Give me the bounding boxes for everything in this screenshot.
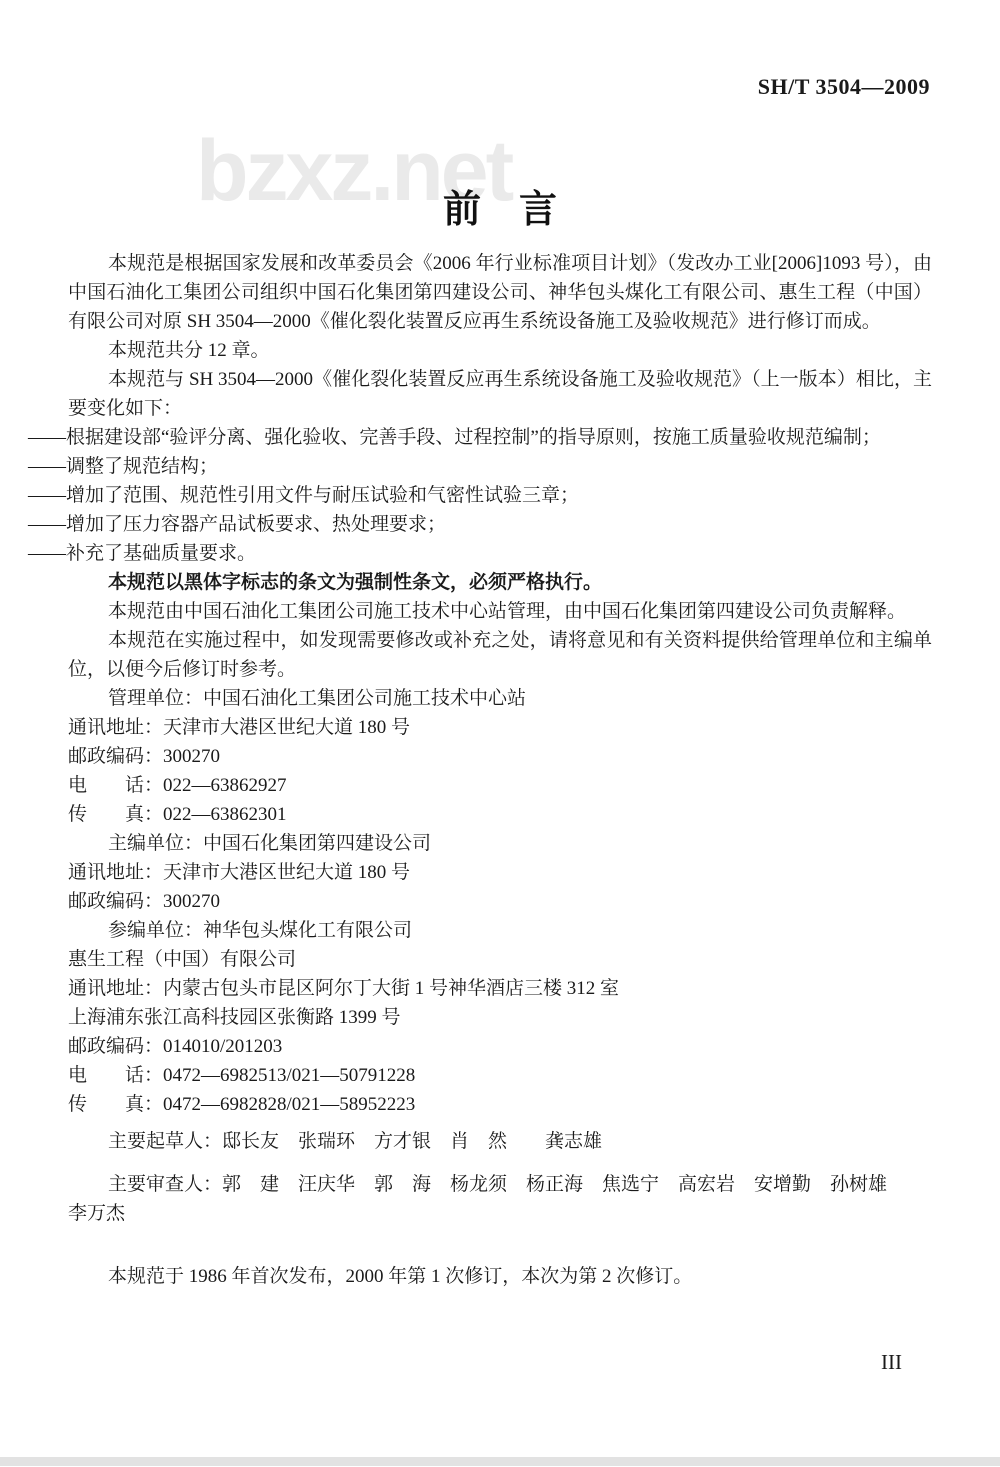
page-title: 前 言 bbox=[0, 178, 1000, 233]
reviewers-line: 主要审查人：郭 建 汪庆华 郭 海 杨龙须 杨正海 焦选宁 高宏岩 安增勤 孙树… bbox=[68, 1170, 932, 1199]
contact-postcode-line: 邮政编码：300270 bbox=[68, 742, 932, 771]
foreword-paragraph: 本规范与 SH 3504—2000《催化裂化装置反应再生系统设备施工及验收规范》… bbox=[68, 365, 932, 423]
contact-address-line: 通讯地址：天津市大港区世纪大道 180 号 bbox=[68, 713, 932, 742]
contact-postcode-line: 邮政编码：014010/201203 bbox=[68, 1032, 932, 1061]
document-page: SH/T 3504—2009 bzxz.net 前 言 本规范是根据国家发展和改… bbox=[0, 0, 1000, 1467]
mandatory-clause-note: 本规范以黑体字标志的条文为强制性条文，必须严格执行。 bbox=[68, 568, 932, 597]
contact-phone-line: 电 话：022—63862927 bbox=[68, 771, 932, 800]
reviewers-line-2: 李万杰 bbox=[68, 1199, 932, 1228]
managing-org-line: 管理单位：中国石油化工集团公司施工技术中心站 bbox=[68, 684, 932, 713]
page-number: III bbox=[881, 1350, 902, 1375]
standard-code: SH/T 3504—2009 bbox=[758, 74, 930, 100]
foreword-body: 本规范是根据国家发展和改革委员会《2006 年行业标准项目计划》（发改办工业[2… bbox=[68, 249, 932, 1291]
change-list-item: ——调整了规范结构； bbox=[68, 452, 932, 481]
contact-address-line: 通讯地址：内蒙古包头市昆区阿尔丁大街 1 号神华酒店三楼 312 室 bbox=[68, 974, 932, 1003]
change-list-item: ——根据建设部“验评分离、强化验收、完善手段、过程控制”的指导原则，按施工质量验… bbox=[68, 423, 932, 452]
foreword-paragraph: 本规范在实施过程中，如发现需要修改或补充之处，请将意见和有关资料提供给管理单位和… bbox=[68, 626, 932, 684]
change-list-item: ——增加了压力容器产品试板要求、热处理要求； bbox=[68, 510, 932, 539]
contact-fax-line: 传 真：022—63862301 bbox=[68, 800, 932, 829]
change-list-item: ——补充了基础质量要求。 bbox=[68, 539, 932, 568]
foreword-paragraph: 本规范是根据国家发展和改革委员会《2006 年行业标准项目计划》（发改办工业[2… bbox=[68, 249, 932, 336]
scan-artifact-strip bbox=[0, 1457, 1000, 1466]
contact-address-line-2: 上海浦东张江高科技园区张衡路 1399 号 bbox=[68, 1003, 932, 1032]
participating-org-line: 参编单位：神华包头煤化工有限公司 bbox=[68, 916, 932, 945]
chief-editor-org-line: 主编单位：中国石化集团第四建设公司 bbox=[68, 829, 932, 858]
contact-fax-line: 传 真：0472—6982828/021—58952223 bbox=[68, 1090, 932, 1119]
participating-org-line-2: 惠生工程（中国）有限公司 bbox=[68, 945, 932, 974]
foreword-paragraph: 本规范共分 12 章。 bbox=[68, 336, 932, 365]
foreword-paragraph: 本规范由中国石油化工集团公司施工技术中心站管理，由中国石化集团第四建设公司负责解… bbox=[68, 597, 932, 626]
contact-postcode-line: 邮政编码：300270 bbox=[68, 887, 932, 916]
revision-history-line: 本规范于 1986 年首次发布，2000 年第 1 次修订，本次为第 2 次修订… bbox=[68, 1262, 932, 1291]
contact-phone-line: 电 话：0472—6982513/021—50791228 bbox=[68, 1061, 932, 1090]
drafters-line: 主要起草人：邸长友 张瑞环 方才银 肖 然 龚志雄 bbox=[68, 1127, 932, 1156]
change-list-item: ——增加了范围、规范性引用文件与耐压试验和气密性试验三章； bbox=[68, 481, 932, 510]
contact-address-line: 通讯地址：天津市大港区世纪大道 180 号 bbox=[68, 858, 932, 887]
